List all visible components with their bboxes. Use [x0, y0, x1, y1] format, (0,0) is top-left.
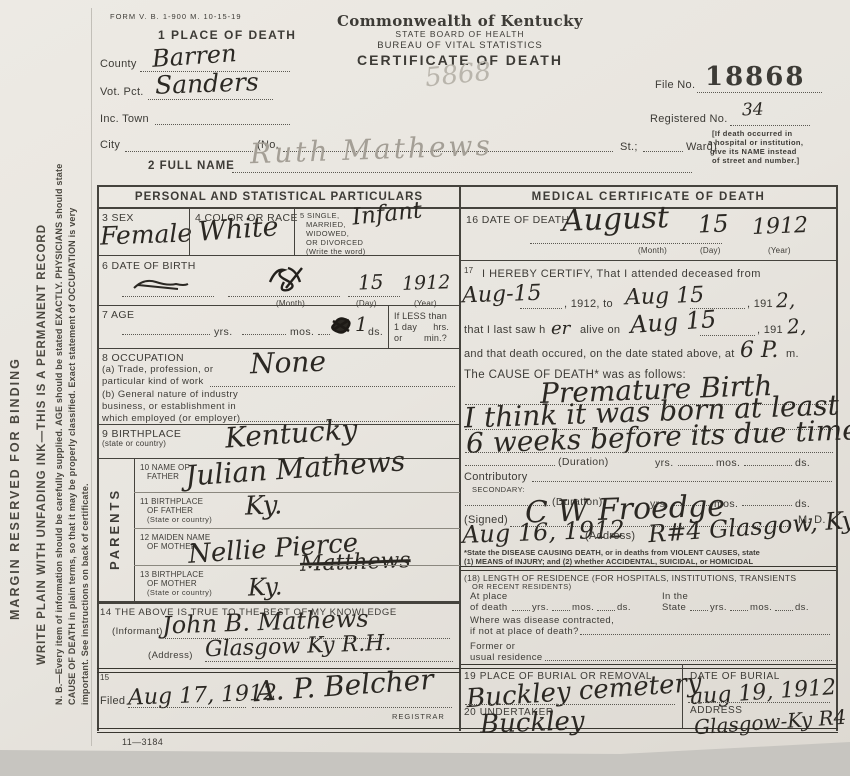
registered-no-label: Registered No.: [650, 113, 728, 125]
dotted-line: [697, 92, 822, 93]
vot-pct-label: Vot. Pct.: [100, 86, 144, 98]
city-label: City: [100, 139, 120, 151]
date-of-death-label: 16 DATE OF DEATH: [466, 214, 569, 226]
res-yrs-label-2: yrs.: [710, 602, 727, 613]
age-mos-label: mos.: [290, 326, 314, 338]
mother-birthplace-label-3: (State or country): [147, 588, 212, 597]
father-birthplace-value: Ky.: [245, 492, 283, 519]
ink-blot: [330, 316, 352, 334]
age-label: 7 AGE: [102, 309, 134, 321]
date-of-death-year: 1912: [752, 215, 809, 239]
cell-divider: [388, 305, 389, 348]
dotted-line: [552, 610, 570, 611]
margin-nb-line3: important. See instructions on back of c…: [80, 483, 90, 705]
dotted-line: [597, 610, 615, 611]
dod-day-label: (Day): [700, 246, 721, 255]
saw-prefix-printed: that I last saw h: [464, 324, 546, 336]
row-line: [134, 528, 460, 529]
saw-er-handwritten: er: [551, 320, 570, 338]
file-no-label: File No.: [655, 79, 695, 91]
row-line: [97, 255, 460, 256]
state-board-line: STATE BOARD OF HEALTH: [330, 29, 590, 39]
at-place-label-2: of death: [470, 602, 508, 613]
saw-year-printed: , 191: [757, 324, 783, 336]
dotted-line: [465, 465, 555, 466]
res-mos-label-2: mos.: [750, 602, 772, 613]
binding-crease: [91, 8, 92, 746]
row-line: [134, 565, 460, 566]
occupation-label: 8 OCCUPATION: [102, 352, 184, 364]
registered-no-value: 34: [742, 102, 764, 120]
hospital-note-line4: of street and number.]: [712, 156, 800, 165]
dotted-line: [682, 243, 722, 244]
saw-year-digit: 2,: [786, 315, 806, 336]
inc-town-label: Inc. Town: [100, 113, 149, 125]
ink-scribble: [266, 262, 306, 294]
dotted-line: [348, 296, 400, 297]
table-border-right: [836, 185, 838, 731]
dotted-line: [155, 124, 290, 125]
father-birthplace-label-3: (State or country): [147, 515, 212, 524]
table-border-top: [97, 185, 838, 187]
saw-alive-printed: alive on: [580, 324, 620, 336]
hospital-note-line3: give its NAME instead: [710, 147, 797, 156]
dotted-line: [520, 308, 562, 309]
date-of-death-day: 15: [698, 211, 729, 236]
residence-label-line2: OR RECENT RESIDENTS): [472, 582, 572, 591]
row-line-double: [461, 664, 836, 669]
marital-label-4: OR DIVORCED: [306, 238, 363, 247]
dotted-line: [532, 481, 832, 482]
dob-month-label: (Month): [276, 299, 305, 308]
mother-name-struck-out: Matthews: [300, 550, 411, 576]
color-race-value: White: [197, 213, 279, 246]
cell-divider: [134, 458, 135, 601]
dotted-line: [210, 386, 455, 387]
mother-birthplace-label-2: OF MOTHER: [147, 579, 197, 588]
dotted-line: [700, 335, 755, 336]
dotted-line: [775, 610, 793, 611]
occupation-b-line2: business, or establishment in: [102, 401, 236, 412]
death-occurred-printed: and that death occured, on the date stat…: [464, 348, 735, 360]
filed-label: Filed: [100, 695, 125, 707]
dotted-line: [678, 465, 713, 466]
secondary-label: SECONDARY:: [472, 485, 525, 494]
dotted-line: [690, 610, 708, 611]
parents-label: PARENTS: [107, 488, 122, 570]
file-no-value: 18868: [705, 62, 805, 92]
certify-mid-printed: , 1912, to: [564, 298, 613, 310]
dotted-line: [742, 505, 792, 506]
dotted-line: [744, 465, 792, 466]
at-place-label-1: At place: [470, 591, 508, 602]
faint-pencil-number: 5868: [424, 59, 493, 92]
dotted-line: [122, 334, 210, 335]
occupation-b-line1: (b) General nature of industry: [102, 389, 238, 400]
date-of-death-month: August: [562, 203, 670, 237]
certify-from-date: Aug-15: [462, 283, 542, 308]
mother-birthplace-label-1: 13 BIRTHPLACE: [140, 570, 204, 579]
row-line: [97, 305, 460, 306]
marital-label-3: WIDOWED,: [306, 229, 349, 238]
duration-label: (Duration): [558, 456, 609, 468]
informant-address-label: (Address): [148, 650, 193, 661]
vot-pct-value: Sanders: [155, 69, 260, 98]
full-name-value: Ruth Mathews: [250, 132, 494, 168]
occupation-b-line3: which employed (or employer): [102, 413, 240, 424]
bureau-line: BUREAU OF VITAL STATISTICS: [330, 40, 590, 51]
cause-footnote-line2: (1) MEANS of INJURY; and (2) whether ACC…: [464, 557, 753, 566]
mother-birthplace-value: Ky.: [248, 574, 283, 599]
margin-ink-note: WRITE PLAIN WITH UNFADING INK—THIS IS A …: [36, 224, 48, 665]
dotted-line: [580, 634, 830, 635]
dod-year-label: (Year): [768, 246, 791, 255]
row-line: [461, 260, 836, 261]
county-label: County: [100, 58, 137, 70]
res-yrs-label-1: yrs.: [532, 602, 549, 613]
marital-label-2: MARRIED,: [306, 220, 346, 229]
hospital-note-line2: a hospital or institution,: [708, 138, 803, 147]
birthplace-sub-label: (state or country): [102, 439, 166, 448]
margin-nb-line2: CAUSE OF DEATH in plain terms, so that i…: [67, 207, 77, 705]
age-yrs-label: yrs.: [214, 326, 233, 338]
dotted-line: [730, 610, 748, 611]
in-the-label: In the: [662, 591, 688, 602]
row-line-thick: [97, 601, 460, 604]
duration-ds-label: ds.: [795, 457, 810, 469]
cause-footnote-line1: *State the DISEASE CAUSING DEATH, or in …: [464, 548, 760, 557]
saw-date-value: Aug 15: [629, 307, 717, 337]
certify-year-digit: 2,: [776, 290, 796, 311]
dob-year-label: (Year): [414, 299, 437, 308]
cell-divider: [294, 207, 295, 255]
dob-day-value: 15: [358, 272, 384, 293]
father-birthplace-label-1: 11 BIRTHPLACE: [140, 497, 203, 506]
registrar-label: REGISTRAR: [392, 712, 445, 721]
certify-year-printed: , 191: [747, 298, 773, 310]
plate-number: 11—3184: [122, 737, 163, 747]
street-label: St.;: [620, 141, 638, 153]
certify-section-number: 17: [464, 266, 473, 275]
contracted-label-2: if not at place of death?: [470, 626, 579, 637]
dotted-line: [465, 452, 833, 453]
dotted-line: [122, 296, 214, 297]
certify-line1: I HEREBY CERTIFY, That I attended deceas…: [482, 268, 761, 280]
dotted-line: [232, 172, 692, 173]
dotted-line: [228, 296, 340, 297]
occupation-a-line1: (a) Trade, profession, or: [102, 364, 213, 375]
occupation-a-line2: particular kind of work: [102, 376, 204, 387]
age-ds-label: ds.: [368, 326, 383, 338]
death-certificate-scan: MARGIN RESERVED FOR BINDING WRITE PLAIN …: [0, 0, 850, 776]
dotted-line: [465, 704, 675, 705]
former-label-1: Former or: [470, 641, 515, 652]
margin-nb-line1: N. B.—Every item of information should b…: [54, 164, 64, 705]
marital-label-1: 5 SINGLE,: [300, 211, 339, 220]
margin-binding-note: MARGIN RESERVED FOR BINDING: [8, 357, 22, 620]
dotted-line: [512, 610, 530, 611]
signed-address-label: (Address): [585, 530, 635, 542]
father-name-label-2: FATHER: [147, 472, 179, 481]
full-name-label: 2 FULL NAME: [148, 160, 235, 172]
cell-divider: [189, 207, 190, 255]
commonwealth-title: Commonwealth of Kentucky: [330, 12, 590, 30]
undertaker-value: Buckley: [480, 708, 585, 738]
former-label-2: usual residence: [470, 652, 543, 663]
state-label: State: [662, 602, 686, 613]
informant-label: (Informant): [112, 626, 163, 637]
duration-yrs-label: yrs.: [655, 457, 674, 469]
dob-day-label: (Day): [356, 299, 377, 308]
dob-label: 6 DATE OF BIRTH: [102, 260, 196, 272]
father-birthplace-label-2: OF FATHER: [147, 506, 193, 515]
dotted-line: [252, 707, 452, 708]
hospital-note-line1: [If death occurred in: [712, 129, 793, 138]
dotted-line: [545, 660, 832, 661]
ink-scribble: [132, 276, 190, 294]
death-time-value: 6 P.: [740, 340, 778, 362]
dotted-line: [530, 243, 680, 244]
dod-month-label: (Month): [638, 246, 667, 255]
dotted-line: [730, 125, 810, 126]
dotted-line: [688, 702, 830, 703]
dotted-line: [125, 151, 253, 152]
res-mos-label-1: mos.: [572, 602, 594, 613]
form-number: FORM V. B. 1-900 M. 10-15-19: [110, 12, 242, 21]
sex-value: Female: [100, 220, 193, 248]
row-line-double: [461, 566, 836, 571]
dotted-line: [242, 334, 286, 335]
father-name-label-1: 10 NAME OF: [140, 463, 190, 472]
filed-section-number: 15: [100, 673, 109, 682]
death-m-printed: m.: [786, 348, 799, 360]
age-less-line3: or min.?: [394, 333, 447, 343]
dob-year-value: 1912: [402, 273, 451, 294]
occupation-value: None: [250, 348, 327, 379]
dotted-line: [643, 151, 683, 152]
duration-mos-label: mos.: [716, 457, 740, 469]
dotted-line: [205, 661, 453, 662]
dotted-line: [318, 334, 330, 335]
row-line: [134, 492, 460, 493]
age-less-line1: If LESS than: [394, 311, 447, 321]
res-ds-label-2: ds.: [795, 602, 809, 613]
contributory-label: Contributory: [464, 471, 528, 483]
dotted-line: [128, 707, 246, 708]
res-ds-label-1: ds.: [617, 602, 631, 613]
county-value: Barren: [151, 41, 237, 71]
age-days-value: 1: [355, 314, 368, 334]
contracted-label-1: Where was disease contracted,: [470, 615, 614, 626]
age-less-line2: 1 day hrs.: [394, 322, 449, 332]
